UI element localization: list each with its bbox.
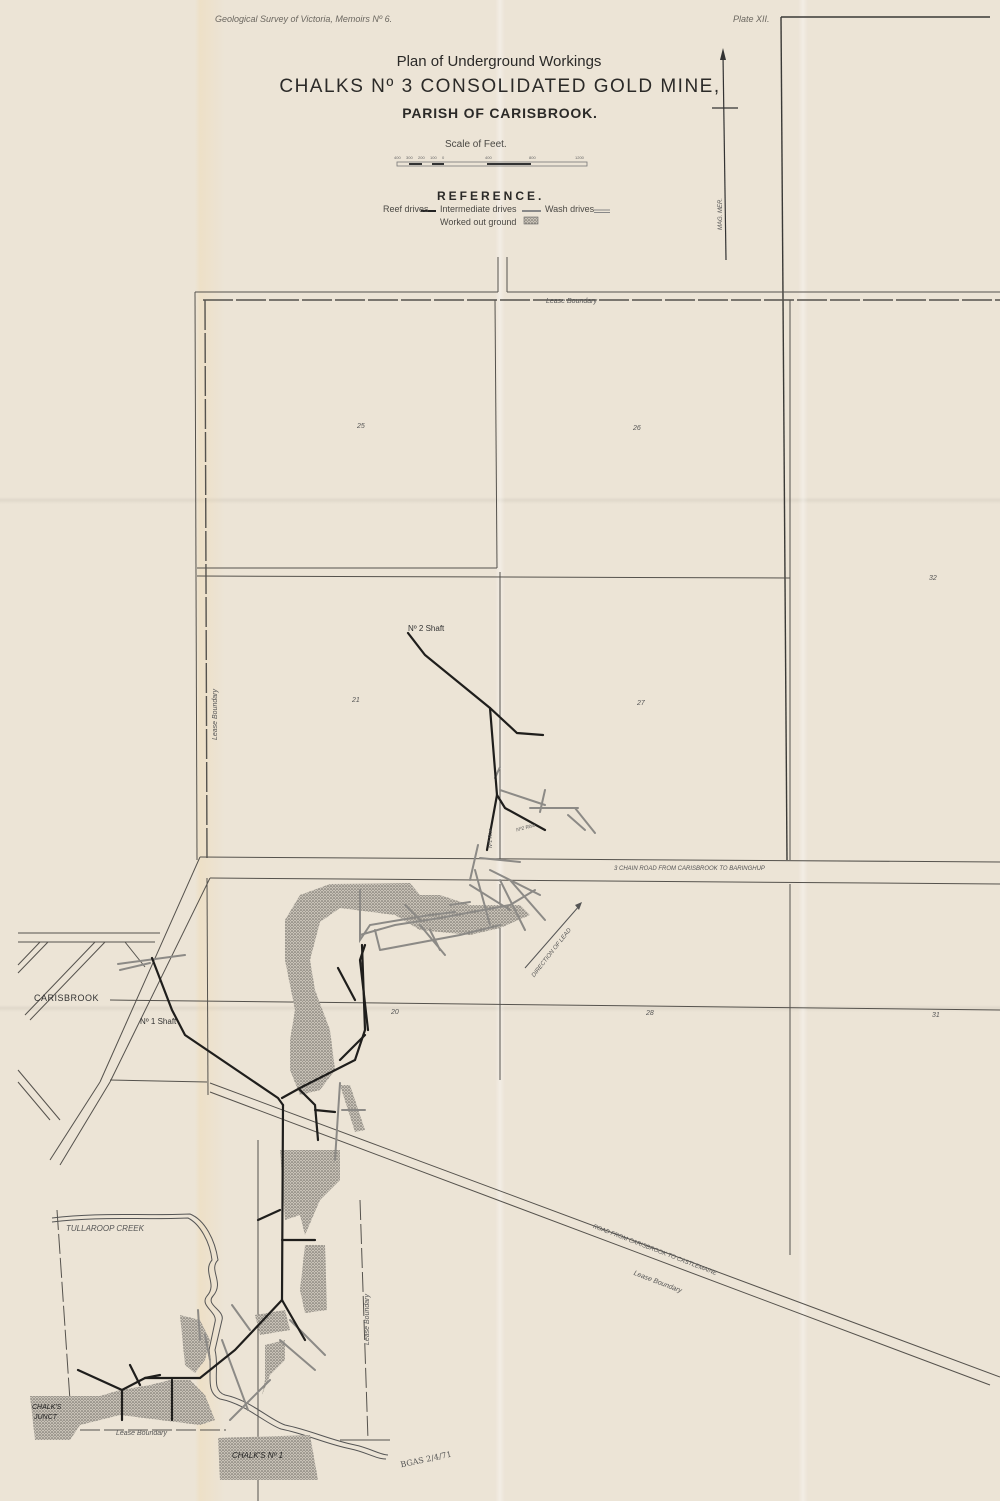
tullaroop-creek-label: TULLAROOP CREEK [66, 1224, 144, 1233]
lease-boundary-left: Lease Boundary [212, 689, 219, 740]
lease-boundary-bottom: Lease Boundary [116, 1430, 167, 1437]
publication-label: Geological Survey of Victoria, Memoirs N… [215, 14, 392, 24]
allotment-26: 26 [633, 425, 641, 432]
legend-worked-out-ground: Worked out ground [440, 217, 516, 227]
scale-tick: 800 [529, 155, 536, 160]
allotment-25: 25 [357, 423, 365, 430]
scale-tick: 300 [406, 155, 413, 160]
lease-boundary-right: Lease Boundary [364, 1294, 371, 1345]
allotment-32: 32 [929, 575, 937, 582]
tullaroop-creek [52, 1214, 388, 1459]
legend-wash-drives: Wash drives [545, 204, 594, 214]
no2-shaft-label: Nº 2 Shaft [408, 624, 444, 633]
rise-label-1: Nº1 Rise [488, 828, 494, 848]
legend-intermediate-drives: Intermediate drives [440, 204, 517, 214]
mag-mer-label: MAG. MER. [718, 198, 724, 230]
scale-tick: 1200 [575, 155, 584, 160]
lease-boundary-top: Lease Boundary [546, 298, 597, 305]
reference-title: REFERENCE. [437, 189, 544, 203]
scale-tick: 100 [430, 155, 437, 160]
scale-tick: 400 [394, 155, 401, 160]
frame-lines [781, 17, 990, 860]
worked-out-ground [30, 883, 530, 1480]
legend-reef-drives: Reef drives [383, 204, 429, 214]
chalks-junct-label-1: CHALK'S [32, 1404, 61, 1411]
chalks-junct-label-2: JUNCT [34, 1414, 57, 1421]
title-line-2: CHALKS Nº 3 CONSOLIDATED GOLD MINE, [0, 76, 1000, 98]
allotment-20: 20 [391, 1009, 399, 1016]
scale-tick: 400 [485, 155, 492, 160]
title-line-1: Plan of Underground Workings [0, 53, 999, 70]
allotment-27: 27 [637, 700, 645, 707]
scale-label: Scale of Feet. [445, 139, 507, 150]
chalks-no1-label: CHALK'S Nº 1 [232, 1451, 283, 1460]
allotment-31: 31 [932, 1012, 940, 1019]
carisbrook-label: CARISBROOK [34, 993, 99, 1003]
scale-bar [397, 162, 587, 166]
baringhup-road-label: 3 CHAIN ROAD FROM CARISBROOK TO BARINGHU… [614, 866, 765, 872]
direction-arrow-icon [525, 905, 580, 968]
allotment-28: 28 [646, 1010, 654, 1017]
scale-tick: 200 [418, 155, 425, 160]
no1-shaft-label: Nº 1 Shaft [140, 1017, 176, 1026]
plate-label: Plate XII. [733, 14, 770, 24]
allotment-21: 21 [352, 697, 360, 704]
title-line-3: PARISH OF CARISBROOK. [0, 105, 1000, 121]
scale-tick: 0 [442, 155, 444, 160]
